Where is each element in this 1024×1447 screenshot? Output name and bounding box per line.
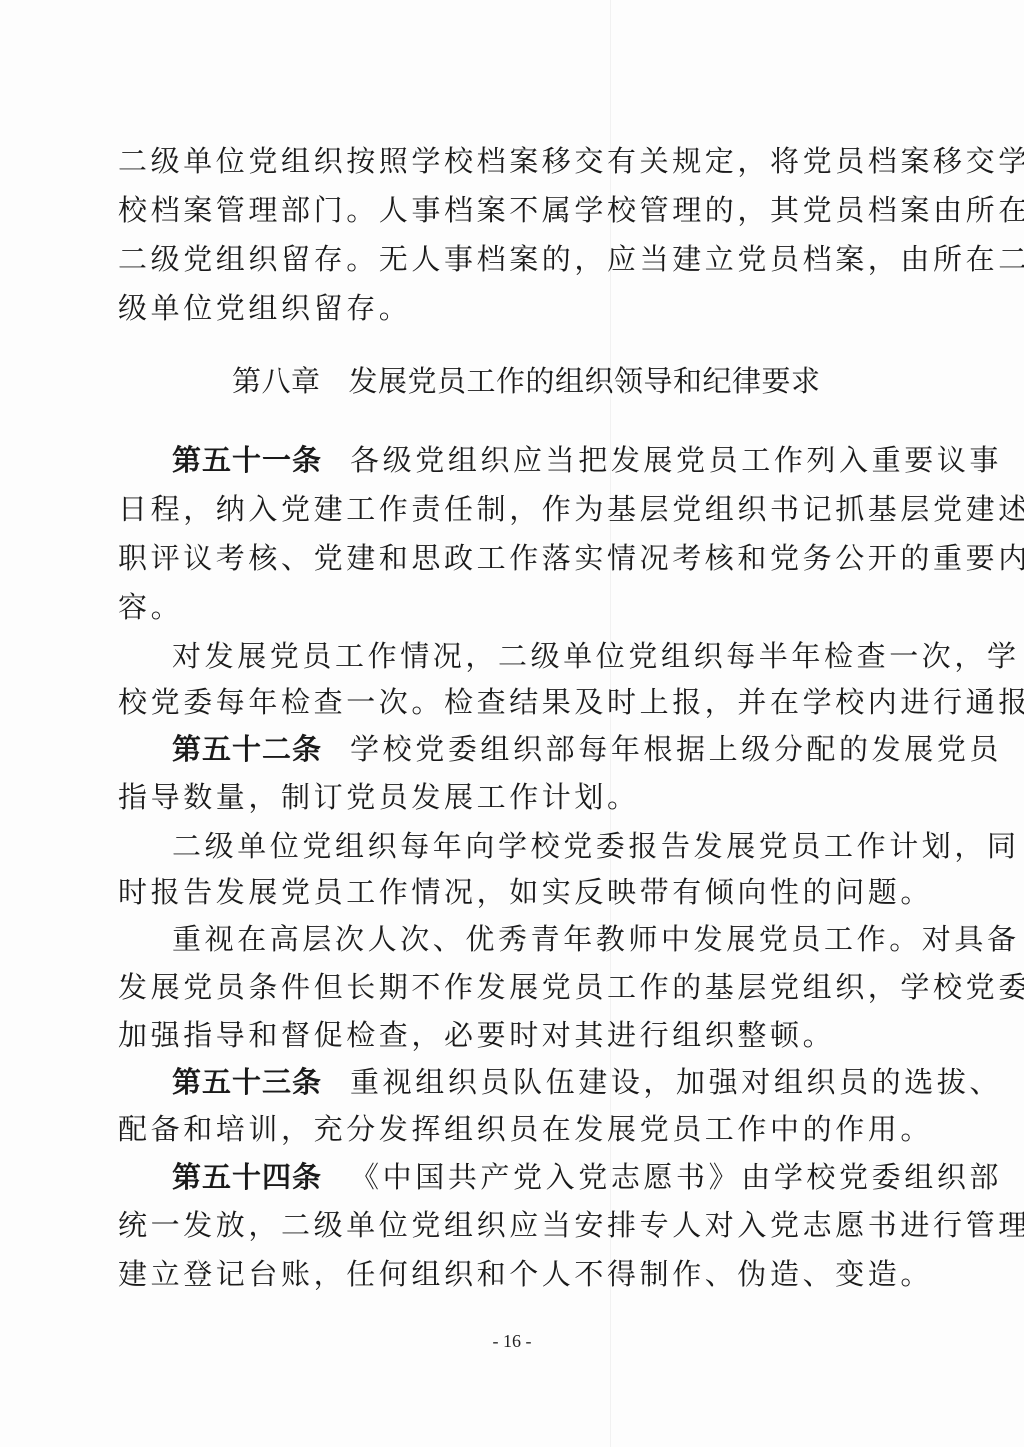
article-51: 第五十一条各级党组织应当把发展党员工作列入重要议事	[172, 442, 962, 478]
paragraph-line: 职评议考核、党建和思政工作落实情况考核和党务公开的重要内	[118, 540, 908, 576]
paragraph-line: 容。	[118, 589, 908, 625]
article-label: 第五十二条	[172, 732, 322, 766]
chapter-heading: 第八章发展党员工作的组织领导和纪律要求	[232, 363, 821, 399]
chapter-title: 发展党员工作的组织领导和纪律要求	[349, 364, 821, 398]
paragraph-line: 重视在高层次人次、优秀青年教师中发展党员工作。对具备	[172, 921, 962, 957]
article-53: 第五十三条重视组织员队伍建设，加强对组织员的选拔、	[172, 1064, 962, 1100]
paragraph-line: 建立登记台账，任何组织和个人不得制作、伪造、变造。	[118, 1256, 908, 1292]
paragraph-line: 配备和培训，充分发挥组织员在发展党员工作中的作用。	[118, 1111, 908, 1147]
document-page: 二级单位党组织按照学校档案移交有关规定，将党员档案移交学 校档案管理部门。人事档…	[0, 0, 1024, 1447]
article-54: 第五十四条《中国共产党入党志愿书》由学校党委组织部	[172, 1159, 962, 1195]
article-label: 第五十四条	[172, 1160, 322, 1194]
paragraph-line: 日程，纳入党建工作责任制，作为基层党组织书记抓基层党建述	[118, 491, 908, 527]
paragraph-line: 对发展党员工作情况，二级单位党组织每半年检查一次，学	[172, 638, 962, 674]
paragraph-line: 二级单位党组织按照学校档案移交有关规定，将党员档案移交学	[118, 143, 908, 179]
article-text: 学校党委组织部每年根据上级分配的发展党员	[350, 732, 1002, 766]
article-label: 第五十一条	[172, 443, 322, 477]
article-text: 各级党组织应当把发展党员工作列入重要议事	[350, 443, 1002, 477]
article-label: 第五十三条	[172, 1065, 322, 1099]
article-text: 重视组织员队伍建设，加强对组织员的选拔、	[350, 1065, 1002, 1099]
article-52: 第五十二条学校党委组织部每年根据上级分配的发展党员	[172, 731, 962, 767]
article-text: 《中国共产党入党志愿书》由学校党委组织部	[350, 1160, 1002, 1194]
paragraph-line: 加强指导和督促检查，必要时对其进行组织整顿。	[118, 1017, 908, 1053]
paragraph-line: 二级党组织留存。无人事档案的，应当建立党员档案，由所在二	[118, 241, 908, 277]
chapter-number: 第八章	[232, 364, 321, 398]
paragraph-line: 校党委每年检查一次。检查结果及时上报，并在学校内进行通报。	[118, 684, 908, 720]
paragraph-line: 二级单位党组织每年向学校党委报告发展党员工作计划，同	[172, 828, 962, 864]
paragraph-line: 校档案管理部门。人事档案不属学校管理的，其党员档案由所在	[118, 192, 908, 228]
paragraph-line: 指导数量，制订党员发展工作计划。	[118, 779, 908, 815]
paragraph-line: 统一发放，二级单位党组织应当安排专人对入党志愿书进行管理，	[118, 1207, 908, 1243]
paragraph-line: 发展党员条件但长期不作发展党员工作的基层党组织，学校党委	[118, 969, 908, 1005]
paragraph-line: 时报告发展党员工作情况，如实反映带有倾向性的问题。	[118, 874, 908, 910]
page-number: - 16 -	[0, 1331, 1024, 1352]
paragraph-line: 级单位党组织留存。	[118, 290, 908, 326]
